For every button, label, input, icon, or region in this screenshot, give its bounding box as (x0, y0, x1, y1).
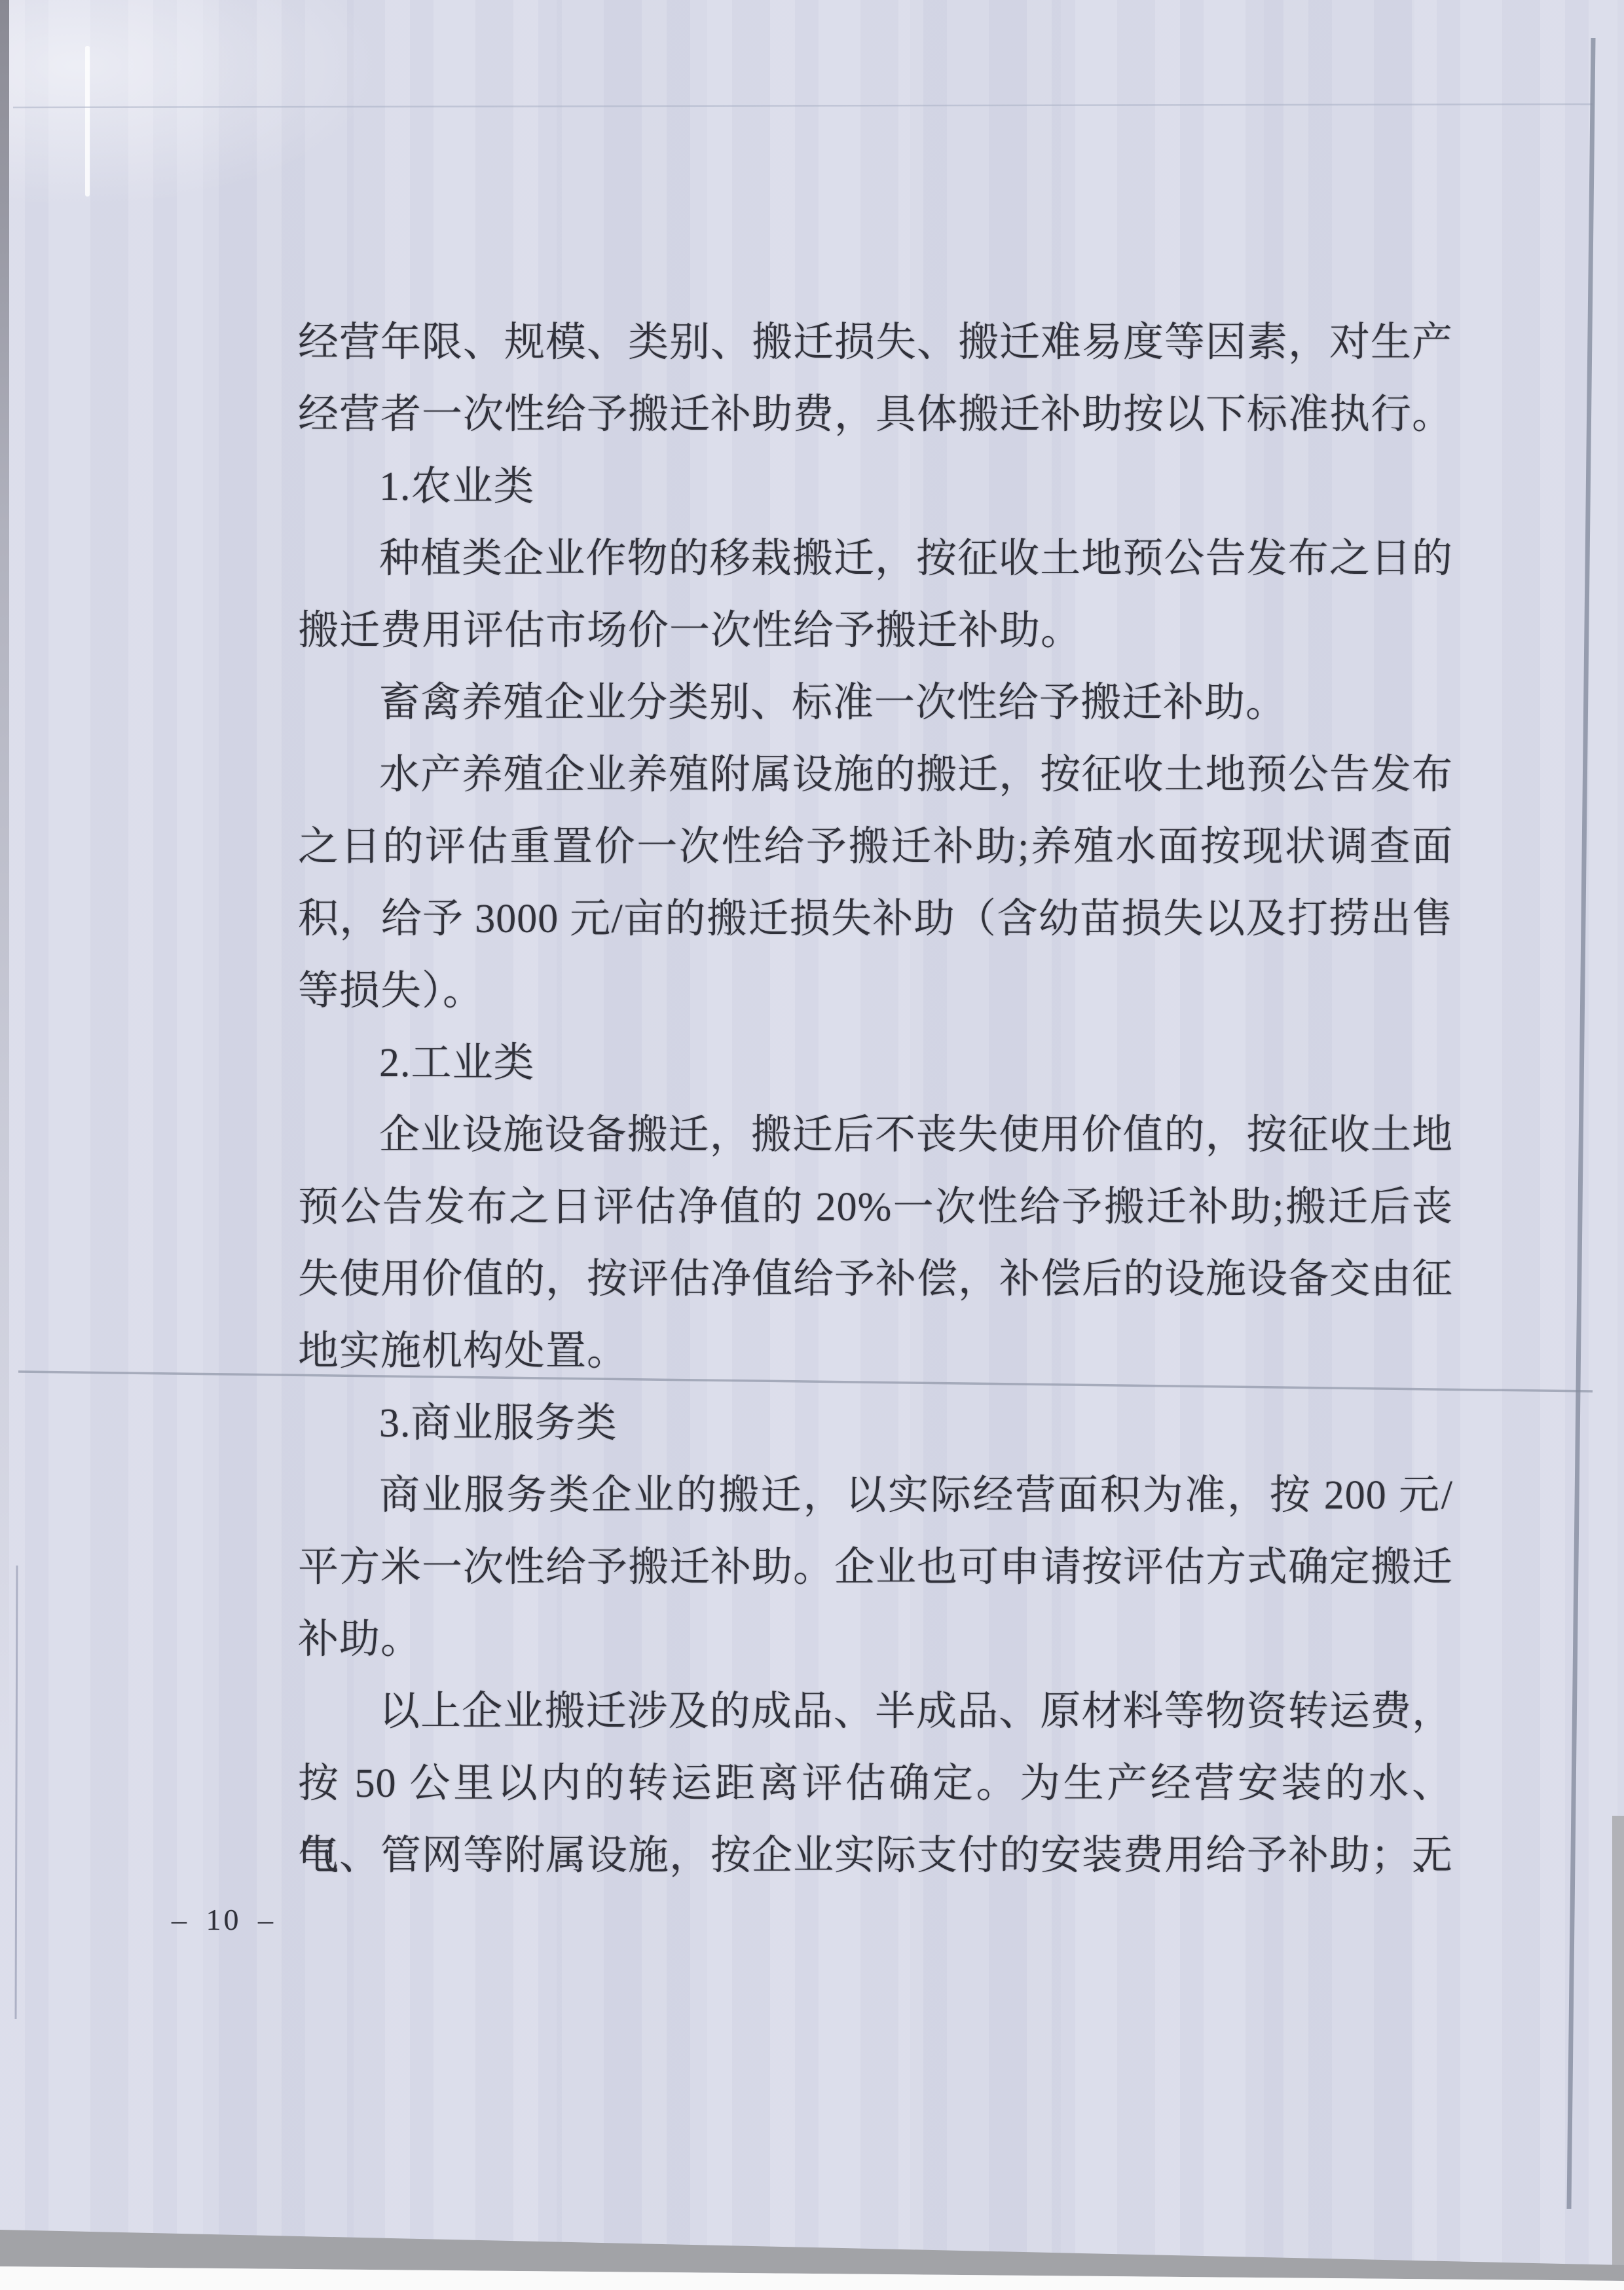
text-line: 搬迁费用评估市场价一次性给予搬迁补助。 (298, 595, 1453, 667)
text-line: 失使用价值的，按评估净值给予补偿，补偿后的设施设备交由征 (298, 1243, 1453, 1315)
text-line: 以上企业搬迁涉及的成品、半成品、原材料等物资转运费， (298, 1676, 1453, 1748)
text-line: 气、管网等附属设施，按企业实际支付的安装费用给予补助；无 (298, 1820, 1453, 1892)
text-line: 按 50 公里以内的转运距离评估确定。为生产经营安装的水、电、 (298, 1748, 1453, 1820)
text-line: 商业服务类企业的搬迁，以实际经营面积为准，按 200 元/ (298, 1459, 1453, 1531)
text-line: 积，给予 3000 元/亩的搬迁损失补助（含幼苗损失以及打捞出售 (298, 883, 1453, 955)
text-line: 经营年限、规模、类别、搬迁损失、搬迁难易度等因素，对生产 (298, 307, 1453, 379)
text-line: 之日的评估重置价一次性给予搬迁补助;养殖水面按现状调查面 (298, 811, 1453, 883)
text-line: 等损失）。 (298, 955, 1453, 1027)
page-number: – 10 – (172, 1897, 276, 1943)
text-line: 企业设施设备搬迁，搬迁后不丧失使用价值的，按征收土地 (298, 1099, 1453, 1171)
text-line: 经营者一次性给予搬迁补助费，具体搬迁补助按以下标准执行。 (298, 379, 1453, 451)
text-line: 预公告发布之日评估净值的 20%一次性给予搬迁补助;搬迁后丧 (298, 1171, 1453, 1243)
scan-vertical-line-right (1569, 38, 1593, 2209)
scan-left-edge (0, 0, 9, 1769)
section-heading-agriculture: 1.农业类 (298, 451, 1453, 523)
scanner-bed-right-strip (1612, 1816, 1624, 2269)
text-line: 补助。 (298, 1604, 1453, 1676)
scan-hairline-top (13, 104, 1593, 107)
scanner-bed-white-band (0, 2266, 1624, 2290)
text-line: 畜禽养殖企业分类别、标准一次性给予搬迁补助。 (298, 667, 1453, 739)
scan-white-streak (85, 46, 90, 197)
scan-vertical-line-left (16, 1566, 17, 2019)
text-line: 水产养殖企业养殖附属设施的搬迁，按征收土地预公告发布 (298, 739, 1453, 811)
scanner-bed-grey-band (0, 2230, 1624, 2281)
scanned-page: 经营年限、规模、类别、搬迁损失、搬迁难易度等因素，对生产 经营者一次性给予搬迁补… (0, 0, 1624, 2290)
document-body: 经营年限、规模、类别、搬迁损失、搬迁难易度等因素，对生产 经营者一次性给予搬迁补… (298, 307, 1453, 1892)
text-line: 平方米一次性给予搬迁补助。企业也可申请按评估方式确定搬迁 (298, 1531, 1453, 1604)
text-line: 种植类企业作物的移栽搬迁，按征收土地预公告发布之日的 (298, 523, 1453, 595)
section-heading-industry: 2.工业类 (298, 1027, 1453, 1099)
text-line: 地实施机构处置。 (298, 1315, 1453, 1387)
section-heading-commerce: 3.商业服务类 (298, 1387, 1453, 1459)
